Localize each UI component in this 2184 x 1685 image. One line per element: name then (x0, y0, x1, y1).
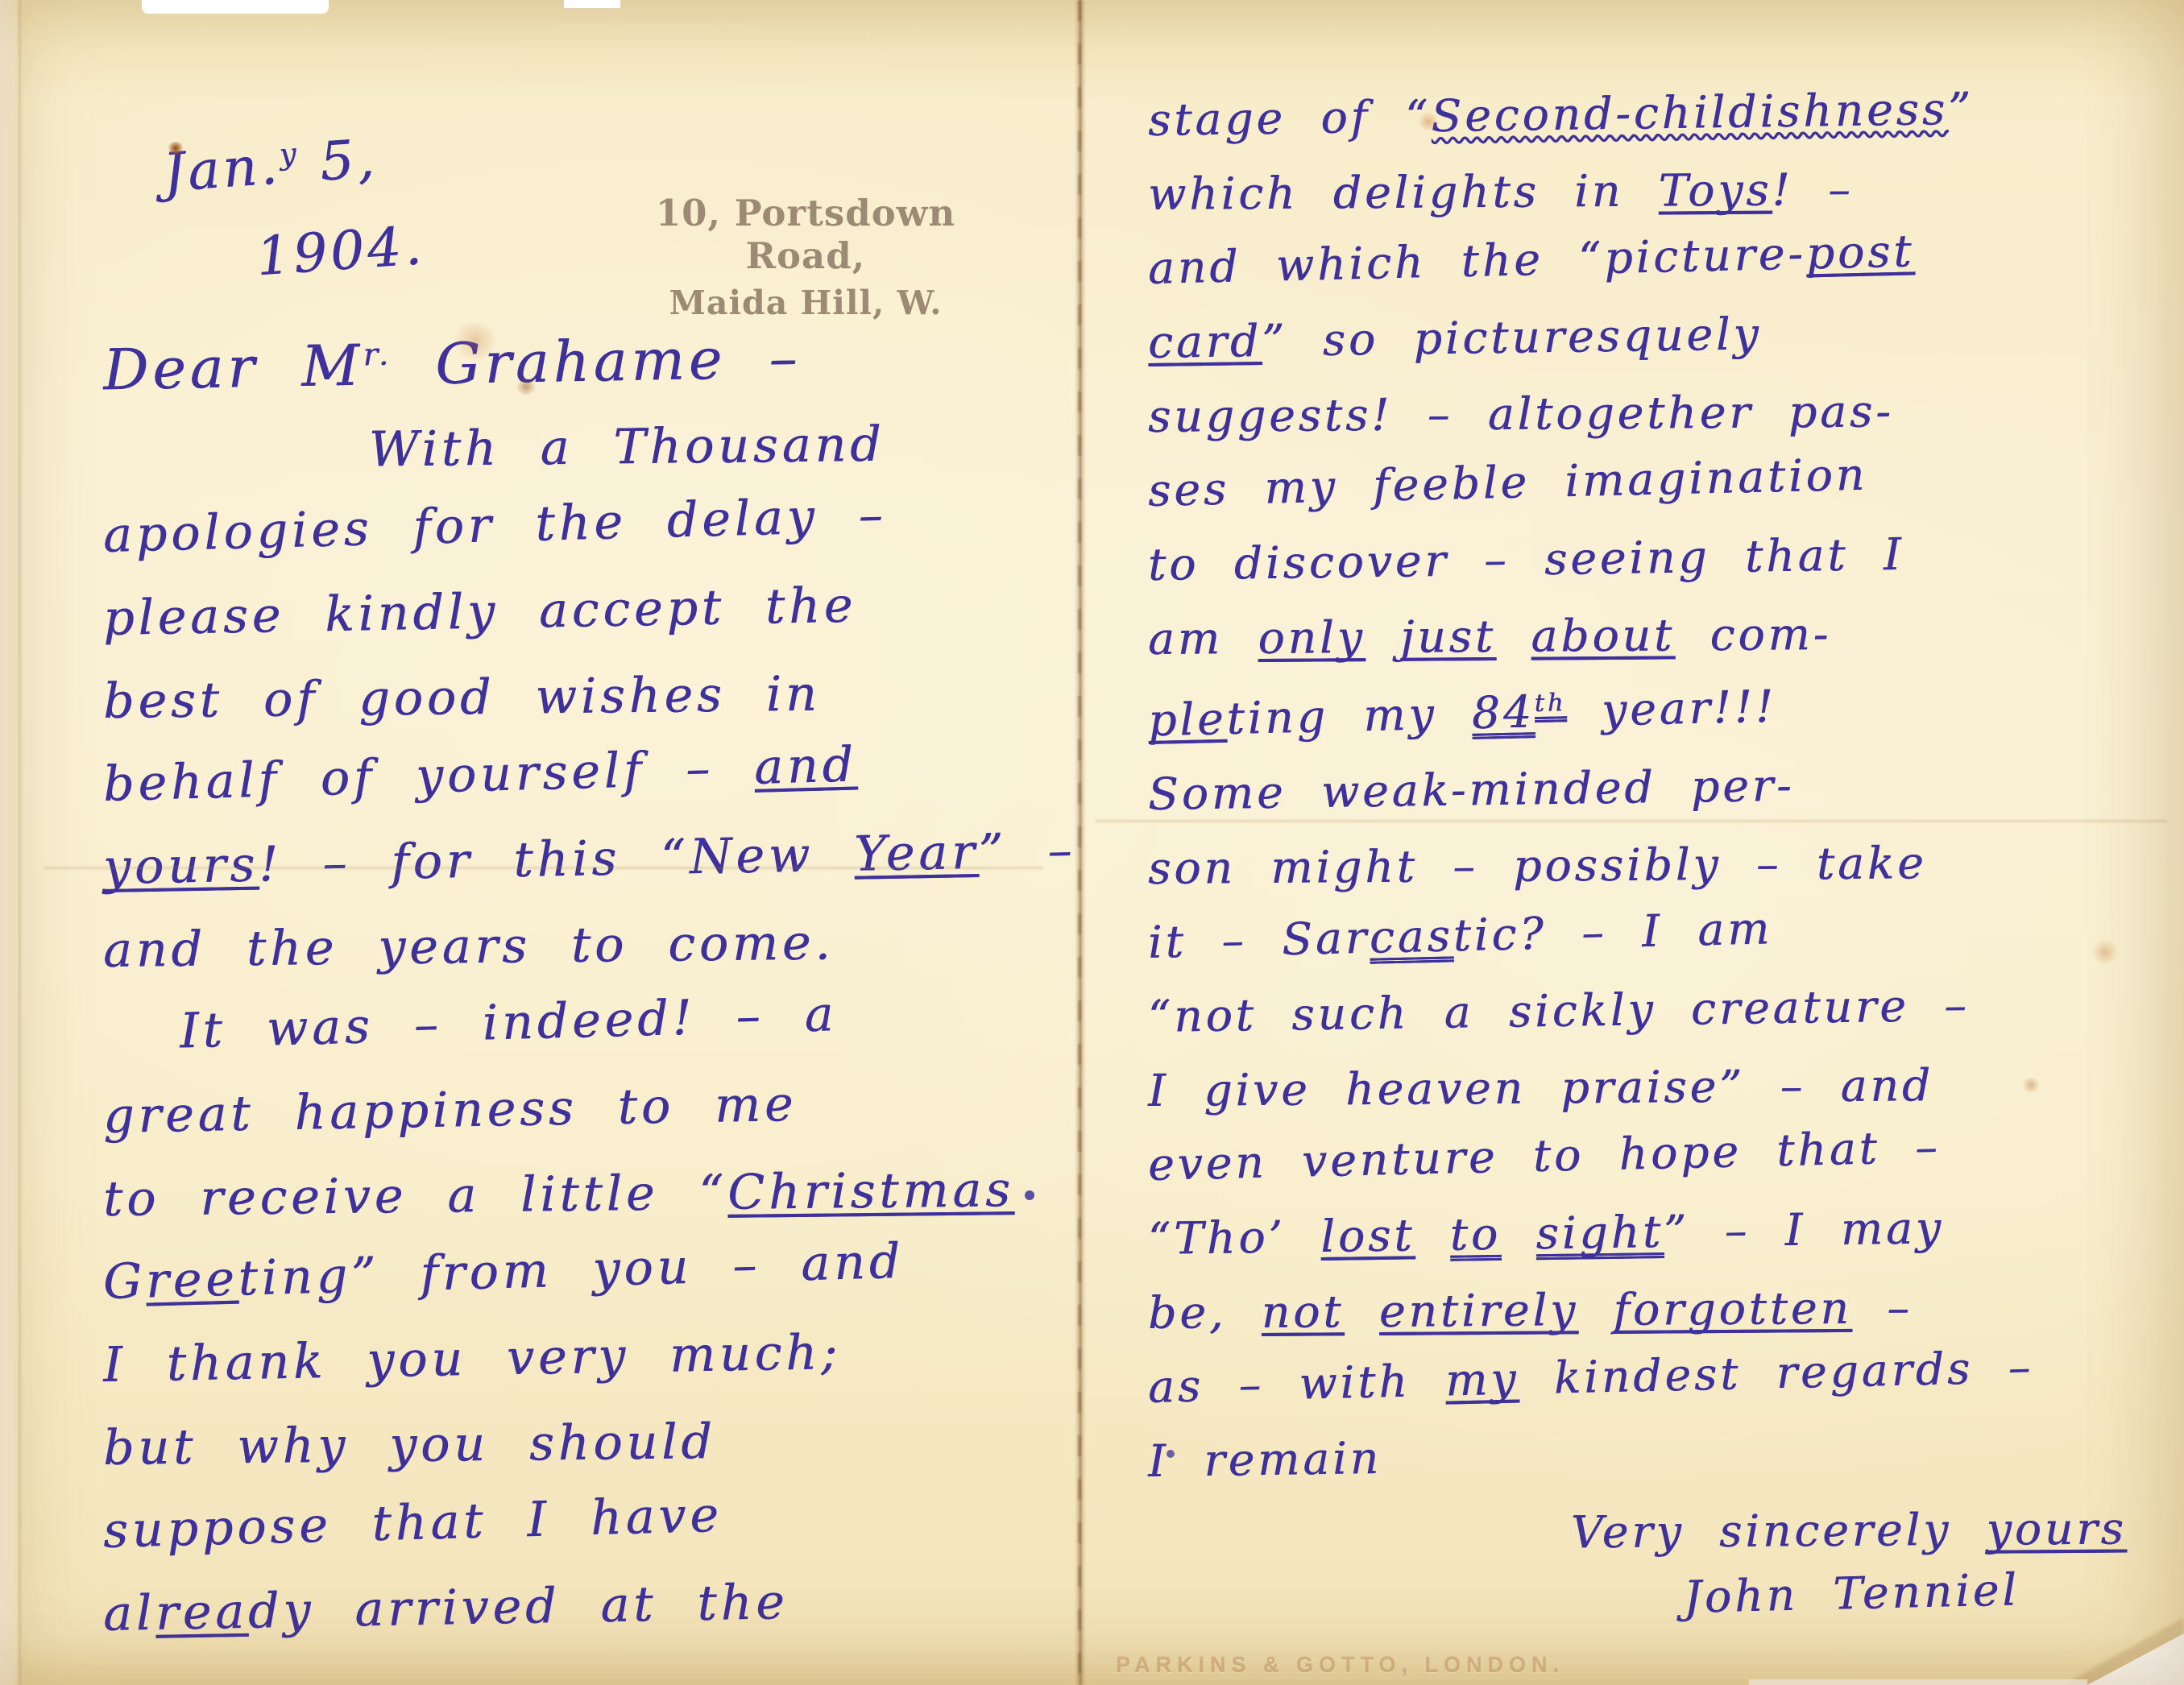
date-block: Jan.y 5,1904. (160, 105, 427, 308)
scanner-gap (142, 0, 329, 14)
scanned-letter: Jan.y 5,1904. 10, Portsdown Road, Maida … (0, 0, 2184, 1685)
letterhead-address-line-1: 10, Portsdown Road, (620, 192, 991, 277)
letter-line: “Tho’ lost to sight” – I may (1147, 1188, 2163, 1277)
letter-line: I thank you very much; (102, 1308, 1051, 1407)
letter-line: yours! – for this “New Year” – (102, 810, 1051, 909)
center-fold-crease (1075, 0, 1086, 1685)
letter-line: “not such a sickly creature – (1147, 966, 2163, 1054)
letter-line: stage of “Second-childishness” (1147, 68, 2163, 157)
horizontal-crease-left (44, 867, 1043, 869)
letter-line: card” so picturesquely (1147, 291, 2163, 379)
letter-line: great happiness to me (102, 1059, 1051, 1158)
horizontal-crease-right (1096, 820, 2167, 822)
letter-line: to discover – seeing that I (1147, 513, 2163, 602)
right-page-lines: stage of “Second-childishness”which deli… (1148, 83, 2163, 1646)
left-page-lines: Dear Mr. Grahame –With a Thousandapologi… (103, 318, 1050, 1656)
stationer-embossed-mark: PARKINS & GOTTO, LONDON. (1116, 1653, 1564, 1678)
letter-line: please kindly accept the (102, 561, 1051, 660)
letter-line: Jan.y 5, (160, 100, 423, 218)
torn-left-edge (0, 0, 21, 1685)
letter-line: Dear Mr. Grahame – (102, 302, 1051, 412)
letter-sheet: Jan.y 5,1904. 10, Portsdown Road, Maida … (0, 0, 2184, 1685)
letter-line: already arrived at the (102, 1557, 1051, 1656)
scanner-gap (1749, 1679, 2087, 1685)
letter-line: 1904. (165, 201, 428, 308)
scanner-gap (564, 0, 620, 8)
corner-dog-ear (2087, 1633, 2184, 1685)
letter-line: Some weak-minded per- (1147, 743, 2163, 832)
letterhead: 10, Portsdown Road, Maida Hill, W. (620, 192, 991, 322)
letter-line: I remain (1147, 1410, 2163, 1499)
